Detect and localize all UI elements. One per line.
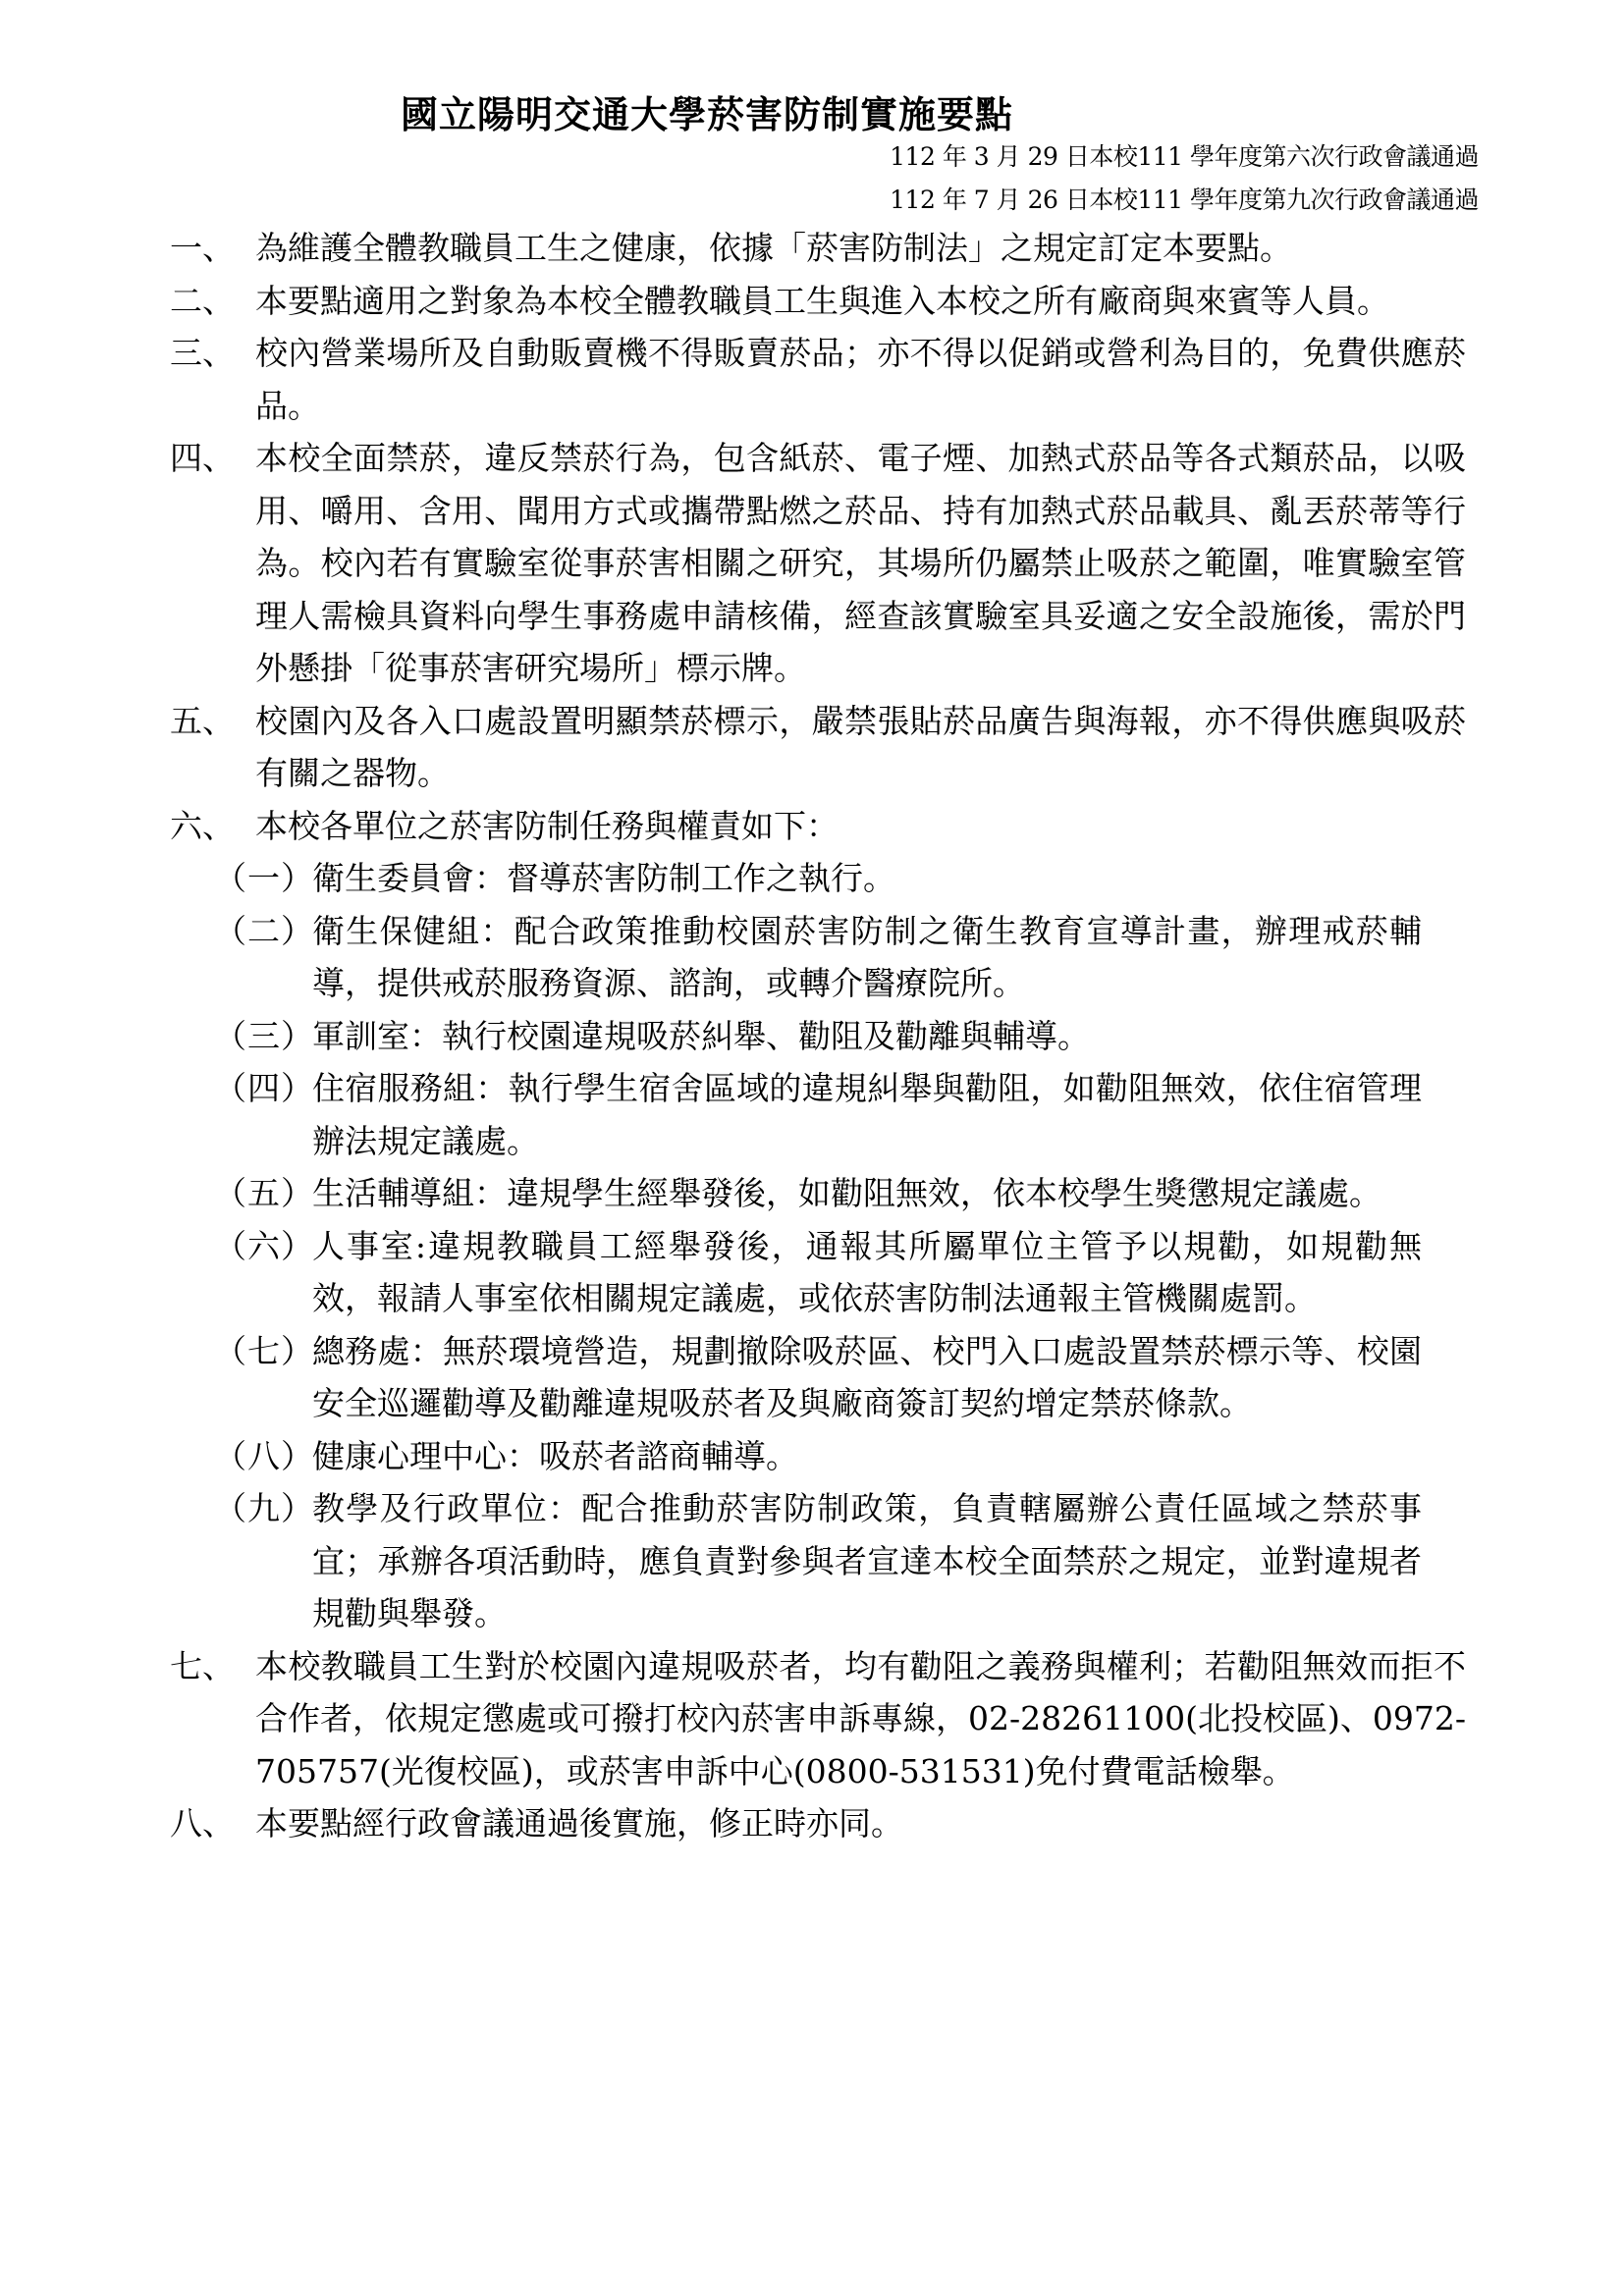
clause-number: 七、 — [170, 1640, 235, 1693]
sub-item-text: 教學及行政單位：配合推動菸害防制政策，負責轄屬辦公責任區域之禁菸事宜；承辦各項活… — [312, 1482, 1422, 1640]
clause-number: 八、 — [170, 1797, 235, 1850]
clause-text: 為維護全體教職員工生之健康，依據「菸害防制法」之規定訂定本要點。 — [255, 222, 1466, 275]
sub-item-number: （二） — [214, 905, 314, 958]
clause-number: 二、 — [170, 275, 235, 328]
clause-text: 本校教職員工生對於校園內違規吸菸者，均有勸阻之義務與權利；若勸阻無效而拒不合作者… — [255, 1640, 1466, 1798]
clause-2: 二、 本要點適用之對象為本校全體教職員工生與進入本校之所有廠商與來賓等人員。 — [170, 275, 1466, 328]
clause-text: 校園內及各入口處設置明顯禁菸標示，嚴禁張貼菸品廣告與海報，亦不得供應與吸菸有關之… — [255, 695, 1466, 800]
clause-text: 本要點經行政會議通過後實施，修正時亦同。 — [255, 1797, 1466, 1850]
clause-number: 五、 — [170, 695, 235, 748]
sub-item-8: （八） 健康心理中心：吸菸者諮商輔導。 — [170, 1430, 1466, 1483]
clause-1: 一、 為維護全體教職員工生之健康，依據「菸害防制法」之規定訂定本要點。 — [170, 222, 1466, 275]
clause-6: 六、 本校各單位之菸害防制任務與權責如下： — [170, 800, 1466, 853]
sub-item-number: （六） — [214, 1220, 314, 1273]
clause-3: 三、 校內營業場所及自動販賣機不得販賣菸品；亦不得以促銷或營利為目的，免費供應菸… — [170, 327, 1466, 432]
approval-note-2: 112 年 7 月 26 日本校111 學年度第九次行政會議通過 — [890, 181, 1479, 216]
clause-5: 五、 校園內及各入口處設置明顯禁菸標示，嚴禁張貼菸品廣告與海報，亦不得供應與吸菸… — [170, 695, 1466, 800]
sub-item-1: （一） 衛生委員會：督導菸害防制工作之執行。 — [170, 852, 1466, 905]
clause-number: 三、 — [170, 327, 235, 380]
sub-item-text: 衛生委員會：督導菸害防制工作之執行。 — [312, 852, 1422, 905]
sub-item-text: 生活輔導組：違規學生經舉發後，如勸阻無效，依本校學生獎懲規定議處。 — [312, 1167, 1422, 1220]
sub-item-text: 健康心理中心：吸菸者諮商輔導。 — [312, 1430, 1422, 1483]
sub-item-number: （四） — [214, 1062, 314, 1115]
clause-number: 四、 — [170, 432, 235, 485]
clause-text: 本校各單位之菸害防制任務與權責如下： — [255, 800, 1466, 853]
clause-number: 一、 — [170, 222, 235, 275]
sub-item-number: （八） — [214, 1430, 314, 1483]
sub-item-5: （五） 生活輔導組：違規學生經舉發後，如勸阻無效，依本校學生獎懲規定議處。 — [170, 1167, 1466, 1220]
document-page: 國立陽明交通大學菸害防制實施要點 112 年 3 月 29 日本校111 學年度… — [0, 0, 1624, 2296]
approval-note-1: 112 年 3 月 29 日本校111 學年度第六次行政會議通過 — [890, 137, 1479, 173]
sub-item-7: （七） 總務處：無菸環境營造，規劃撤除吸菸區、校門入口處設置禁菸標示等、校園安全… — [170, 1325, 1466, 1430]
sub-item-text: 衛生保健組：配合政策推動校園菸害防制之衛生教育宣導計畫，辦理戒菸輔導，提供戒菸服… — [312, 905, 1422, 1010]
sub-item-text: 軍訓室：執行校園違規吸菸糾舉、勸阻及勸離與輔導。 — [312, 1010, 1422, 1063]
clause-7: 七、 本校教職員工生對於校園內違規吸菸者，均有勸阻之義務與權利；若勸阻無效而拒不… — [170, 1640, 1466, 1798]
clause-text: 校內營業場所及自動販賣機不得販賣菸品；亦不得以促銷或營利為目的，免費供應菸品。 — [255, 327, 1466, 432]
sub-item-text: 住宿服務組：執行學生宿舍區域的違規糾舉與勸阻，如勸阻無效，依住宿管理辦法規定議處… — [312, 1062, 1422, 1167]
sub-item-4: （四） 住宿服務組：執行學生宿舍區域的違規糾舉與勸阻，如勸阻無效，依住宿管理辦法… — [170, 1062, 1466, 1167]
document-body: 一、 為維護全體教職員工生之健康，依據「菸害防制法」之規定訂定本要點。 二、 本… — [170, 222, 1466, 1850]
sub-item-number: （七） — [214, 1325, 314, 1378]
sub-item-number: （五） — [214, 1167, 314, 1220]
sub-item-9: （九） 教學及行政單位：配合推動菸害防制政策，負責轄屬辦公責任區域之禁菸事宜；承… — [170, 1482, 1466, 1640]
sub-item-number: （一） — [214, 852, 314, 905]
sub-item-number: （九） — [214, 1482, 314, 1535]
clause-number: 六、 — [170, 800, 235, 853]
sub-item-3: （三） 軍訓室：執行校園違規吸菸糾舉、勸阻及勸離與輔導。 — [170, 1010, 1466, 1063]
clause-4: 四、 本校全面禁菸，違反禁菸行為，包含紙菸、電子煙、加熱式菸品等各式類菸品，以吸… — [170, 432, 1466, 695]
document-title: 國立陽明交通大學菸害防制實施要點 — [401, 84, 1013, 138]
sub-item-number: （三） — [214, 1010, 314, 1063]
clause-text: 本校全面禁菸，違反禁菸行為，包含紙菸、電子煙、加熱式菸品等各式類菸品，以吸用、嚼… — [255, 432, 1466, 695]
sub-item-2: （二） 衛生保健組：配合政策推動校園菸害防制之衛生教育宣導計畫，辦理戒菸輔導，提… — [170, 905, 1466, 1010]
sub-item-text: 總務處：無菸環境營造，規劃撤除吸菸區、校門入口處設置禁菸標示等、校園安全巡邏勸導… — [312, 1325, 1422, 1430]
clause-text: 本要點適用之對象為本校全體教職員工生與進入本校之所有廠商與來賓等人員。 — [255, 275, 1466, 328]
sub-item-text: 人事室:違規教職員工經舉發後，通報其所屬單位主管予以規勸，如規勸無效，報請人事室… — [312, 1220, 1422, 1325]
sub-item-6: （六） 人事室:違規教職員工經舉發後，通報其所屬單位主管予以規勸，如規勸無效，報… — [170, 1220, 1466, 1325]
clause-8: 八、 本要點經行政會議通過後實施，修正時亦同。 — [170, 1797, 1466, 1850]
